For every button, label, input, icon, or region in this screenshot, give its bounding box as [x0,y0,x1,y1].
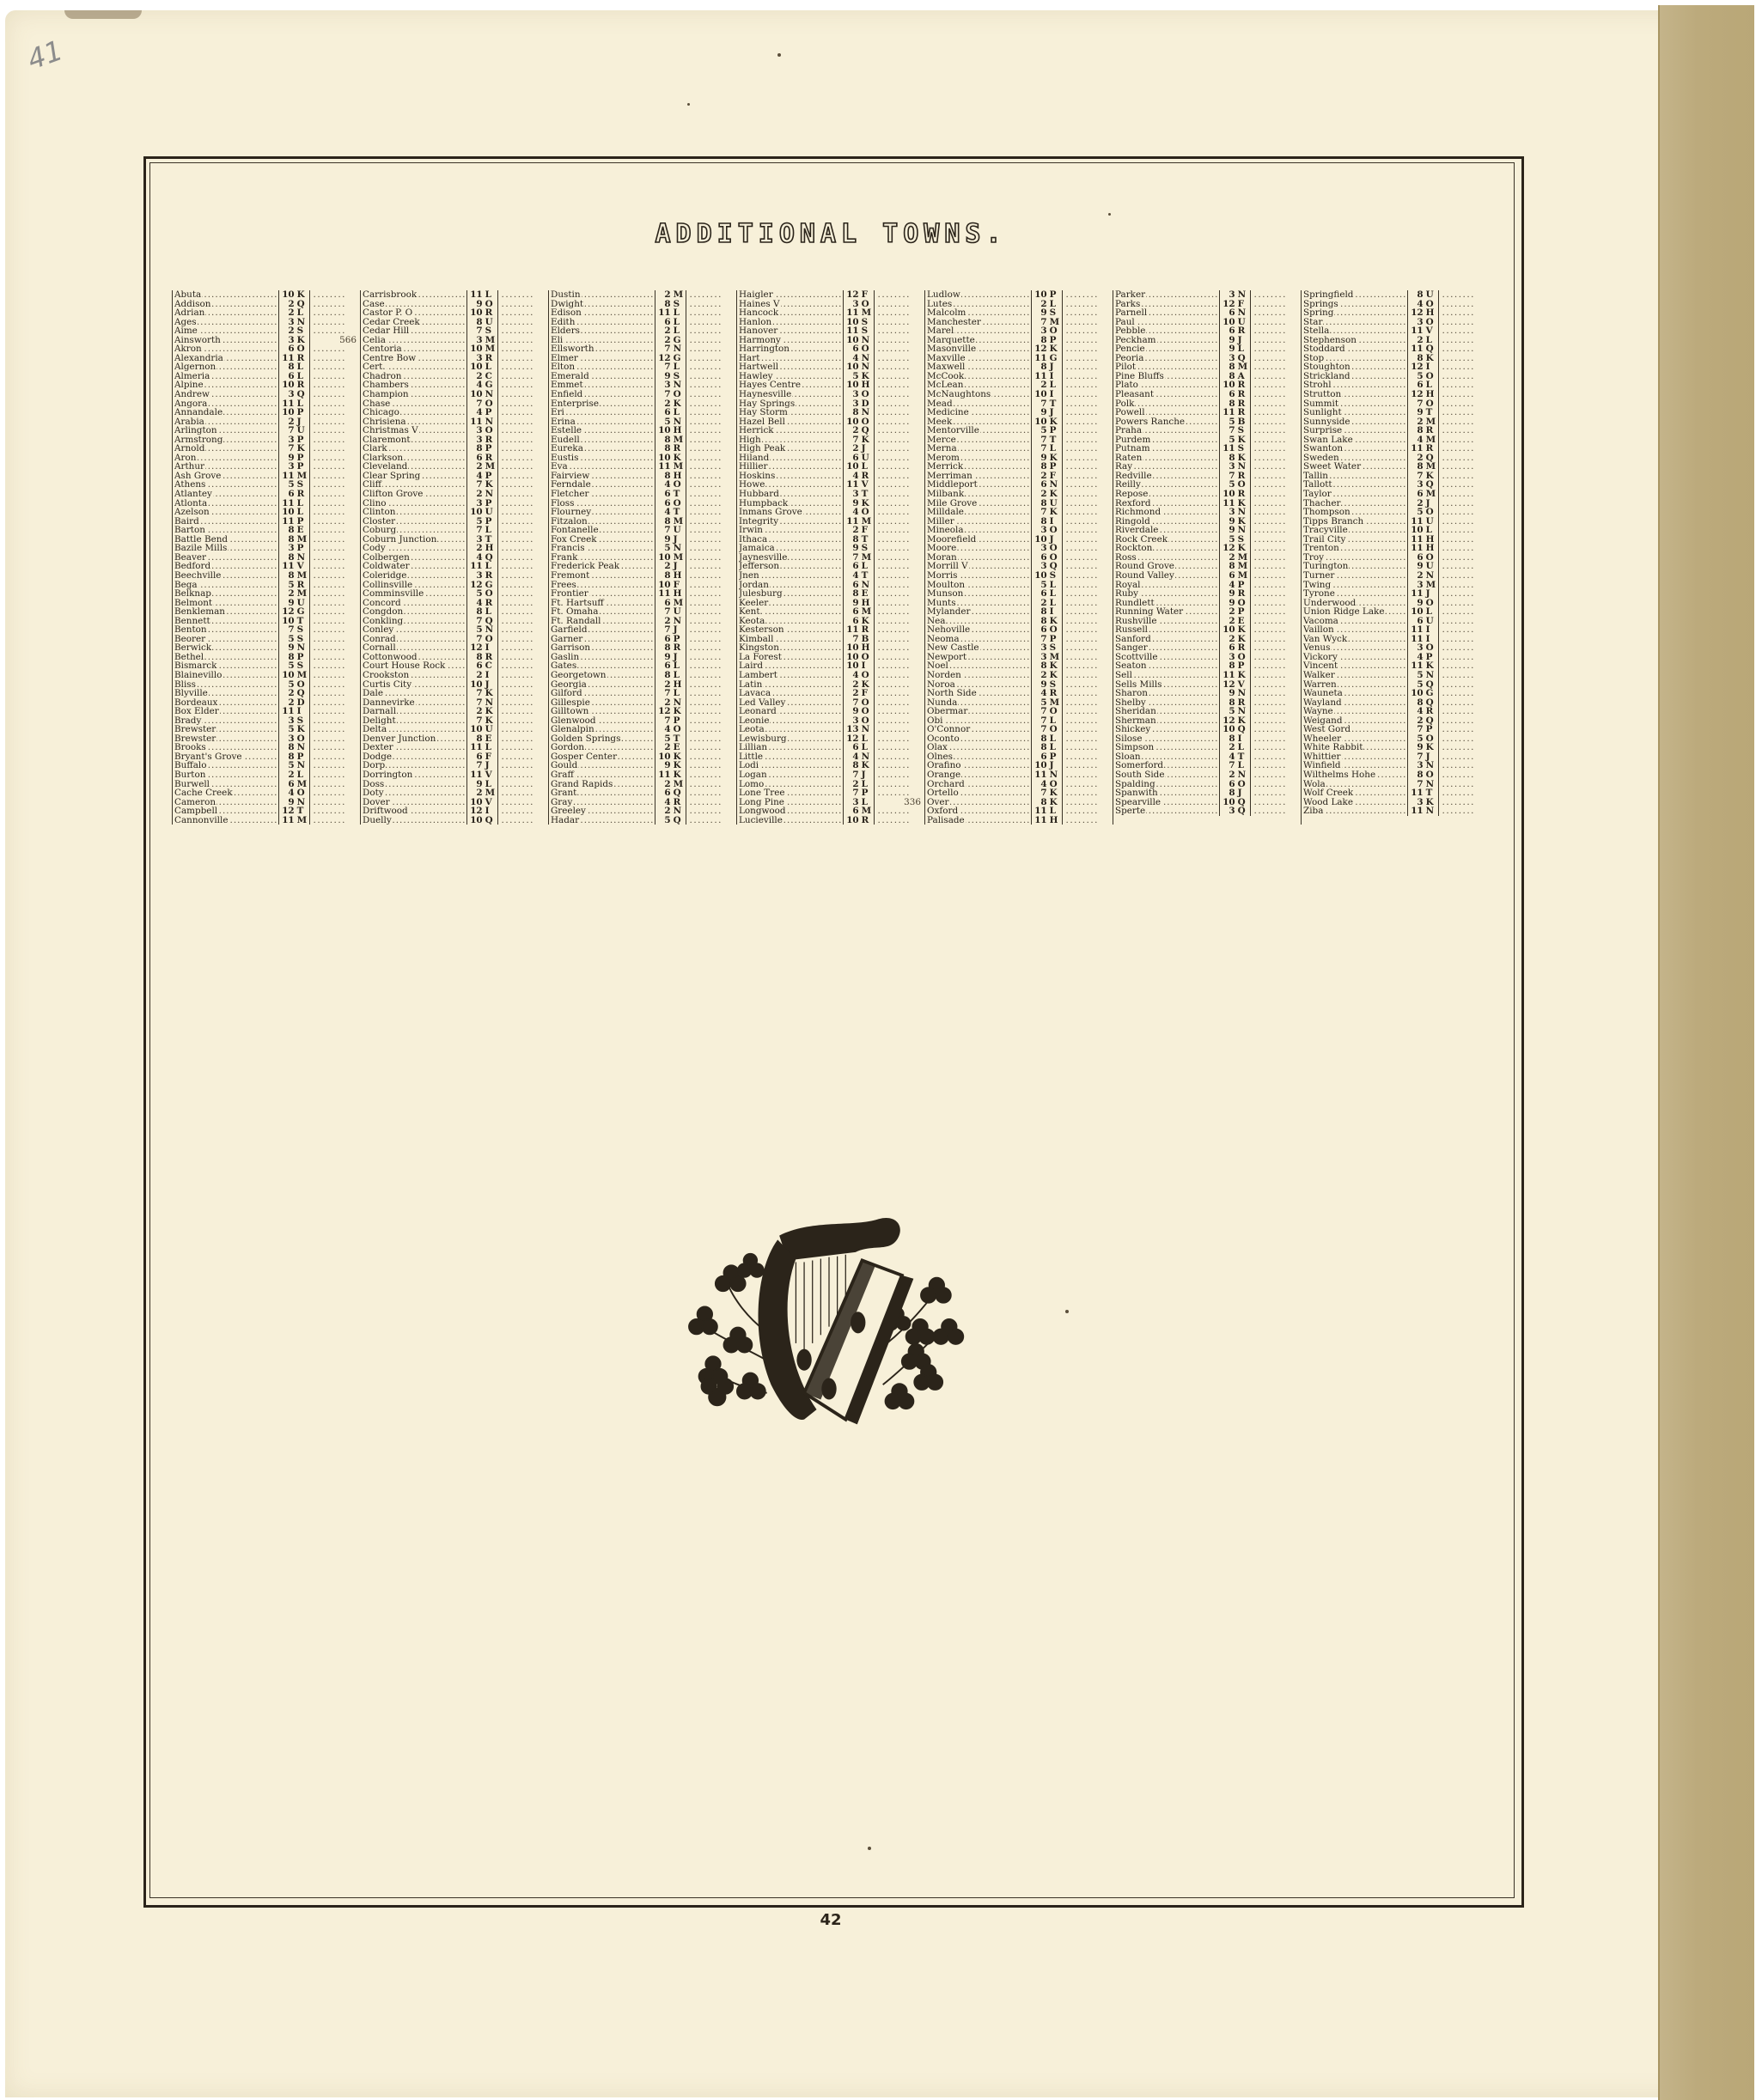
range-number: 3 [278,462,297,472]
population [1063,399,1113,409]
range-number: 9 [466,300,485,309]
range-number: 11 [1031,354,1050,363]
township-letter: T [674,490,686,499]
population [1439,734,1489,744]
township-letter: O [1050,553,1063,563]
township-letter: K [1050,617,1063,626]
town-entry: Gordon2E [551,743,736,752]
town-name: Merom [927,453,1031,463]
town-entry: Nunda5M [927,698,1113,708]
population [686,472,736,481]
town-entry: Conkling7Q [363,617,548,626]
township-letter: U [485,508,498,517]
town-name: Gould [551,761,655,770]
range-number: 8 [1219,734,1238,744]
town-entry: Sperte3Q [1115,807,1301,816]
population [310,308,360,318]
population [1439,399,1489,409]
town-entry: Pebble6R [1115,326,1301,336]
town-entry: Dorrington11V [363,770,548,780]
range-number: 3 [278,435,297,445]
population [1063,308,1113,318]
town-entry: Spearville10Q [1115,798,1301,807]
range-number: 6 [1219,643,1238,653]
population [1251,761,1301,770]
population [686,390,736,399]
population [1251,698,1301,708]
range-number: 7 [843,788,862,798]
township-letter: P [1238,581,1251,590]
town-name: Strickland [1303,372,1407,381]
town-entry: Keeler9H [739,599,924,608]
population [1439,300,1489,309]
town-name: Morrill V [927,562,1031,571]
town-entry: Lambert4O [739,671,924,680]
population [310,770,360,780]
town-name: Haigler [739,290,843,300]
population [1439,326,1489,336]
township-letter: U [1426,562,1439,571]
range-number: 7 [466,689,485,698]
town-name: Orchard [927,780,1031,789]
town-entry: Bazile Mills3P [174,544,360,553]
town-name: Seaton [1115,661,1219,671]
range-number: 2 [466,788,485,798]
range-number: 2 [655,562,674,571]
town-name: Maxwell [927,362,1031,372]
town-entry: McCook11I [927,372,1113,381]
range-number: 2 [1031,490,1050,499]
population [310,671,360,680]
range-number: 10 [278,290,297,300]
town-entry: Atlantey6R [174,490,360,499]
population [875,653,924,662]
town-name: Bismarck [174,661,278,671]
township-letter: J [1426,499,1439,508]
town-entry: Peoria3Q [1115,354,1301,363]
range-number: 2 [1219,770,1238,780]
township-letter: L [862,734,875,744]
range-number: 8 [1031,743,1050,752]
range-number: 12 [1031,344,1050,354]
range-number: 10 [1407,607,1426,617]
town-name: Atlonta [174,499,278,508]
township-letter: P [1050,752,1063,762]
range-number: 8 [655,671,674,680]
population [1063,444,1113,453]
township-letter: K [1238,671,1251,680]
township-letter: R [297,380,310,390]
town-entry: Van Wyck11I [1303,635,1489,644]
township-letter: K [1050,453,1063,463]
township-letter: Q [674,788,686,798]
range-number: 7 [655,526,674,535]
town-name: Gillespie [551,698,655,708]
range-number: 12 [278,607,297,617]
population [498,571,548,581]
township-letter: C [485,661,498,671]
town-name: Peckham [1115,336,1219,345]
population [1251,480,1301,490]
town-name: Stoughton [1303,362,1407,372]
town-entry: Hartwell10N [739,362,924,372]
town-entry: Sells Mills12V [1115,680,1301,690]
town-name: Aron [174,453,278,463]
township-letter: P [297,408,310,417]
township-letter: U [674,526,686,535]
township-letter: L [485,290,498,300]
town-entry: Cliff7K [363,480,548,490]
population [1439,635,1489,644]
range-number: 2 [1219,635,1238,644]
town-entry: Powell11R [1115,408,1301,417]
population [1439,526,1489,535]
population [310,716,360,726]
township-letter: M [862,308,875,318]
township-letter: L [485,526,498,535]
population [310,300,360,309]
population [875,408,924,417]
range-number: 2 [655,326,674,336]
town-name: Lutes [927,300,1031,309]
township-letter: O [862,716,875,726]
town-name: Alexandria [174,354,278,363]
population [686,444,736,453]
population [1251,444,1301,453]
range-number: 4 [466,553,485,563]
town-entry: Edith6L [551,318,736,327]
range-number: 12 [655,354,674,363]
township-letter: I [1238,734,1251,744]
township-letter: Q [862,426,875,435]
township-letter: L [1050,589,1063,599]
range-number: 10 [1031,535,1050,545]
range-number: 2 [843,526,862,535]
town-entry: Belmont9U [174,599,360,608]
town-name: Turington [1303,562,1407,571]
population [1251,689,1301,698]
town-name: Dwight [551,300,655,309]
town-name: Van Wyck [1303,635,1407,644]
township-letter: J [674,625,686,635]
town-entry: Olax8L [927,743,1113,752]
town-entry: Warren5Q [1303,680,1489,690]
town-entry: Eri6L [551,408,736,417]
township-letter: S [862,318,875,327]
range-number: 10 [466,816,485,825]
town-entry: Gould9K [551,761,736,770]
town-name: Eli [551,336,655,345]
town-entry: Elders2L [551,326,736,336]
population [1439,589,1489,599]
town-name: Tallott [1303,480,1407,490]
population [686,399,736,409]
population [498,653,548,662]
town-entry: Manchester7M [927,318,1113,327]
township-letter: U [1426,617,1439,626]
town-name: Running Water [1115,607,1219,617]
town-entry: Ithaca8T [739,535,924,545]
town-entry: Vincent11K [1303,661,1489,671]
town-name: Moran [927,553,1031,563]
township-letter: H [1426,544,1439,553]
township-letter: J [674,562,686,571]
town-entry: Hoskins4R [739,472,924,481]
township-letter: Q [674,816,686,825]
town-name: Colbergen [363,553,466,563]
town-entry: Turington9U [1303,562,1489,571]
range-number: 8 [1031,734,1050,744]
town-entry: Court House Rock6C [363,661,548,671]
town-name: Dale [363,689,466,698]
town-name: Castor P. O [363,308,466,318]
town-entry: Berwick9N [174,643,360,653]
town-entry: Doty2M [363,788,548,798]
town-entry: Centoria10M [363,344,548,354]
range-number: 2 [843,780,862,789]
town-name: Wola [1303,780,1407,789]
range-number: 8 [1031,362,1050,372]
range-number: 10 [1031,390,1050,399]
township-letter: O [1050,780,1063,789]
town-name: Haines V [739,300,843,309]
township-letter: K [1050,788,1063,798]
range-number: 8 [655,435,674,445]
township-letter: K [1238,435,1251,445]
town-name: Ringold [1115,517,1219,527]
town-entry: Congdon8L [363,607,548,617]
town-name: Pine Bluffs [1115,372,1219,381]
population [1251,499,1301,508]
population [1063,408,1113,417]
township-letter: N [485,625,498,635]
range-number: 6 [1219,780,1238,789]
township-letter: Q [485,617,498,626]
town-name: Edith [551,318,655,327]
population [875,671,924,680]
population [1063,698,1113,708]
range-number: 7 [466,326,485,336]
town-name: Integrity [739,517,843,527]
town-name: Barton [174,526,278,535]
town-entry: Fletcher6T [551,490,736,499]
population [1063,553,1113,563]
town-name: Masonville [927,344,1031,354]
range-number: 2 [278,300,297,309]
town-name: Berwick [174,643,278,653]
township-letter: V [862,480,875,490]
town-name: Hanlon [739,318,843,327]
town-name: Jnen [739,571,843,581]
town-entry: Estelle10H [551,426,736,435]
town-entry: Conley5N [363,625,548,635]
township-letter: M [297,671,310,680]
township-letter: O [862,508,875,517]
town-entry: Haines V3O [739,300,924,309]
township-letter: P [297,653,310,662]
township-letter: Q [297,689,310,698]
township-letter: L [1426,607,1439,617]
township-letter: U [1050,499,1063,508]
population [686,581,736,590]
town-entry: Wola7N [1303,780,1489,789]
town-name: Sheridan [1115,707,1219,716]
township-letter: N [1426,571,1439,581]
town-entry: Polk8R [1115,399,1301,409]
range-number: 10 [655,553,674,563]
town-name: White Rabbit [1303,743,1407,752]
township-letter: H [674,589,686,599]
town-entry: Springs4O [1303,300,1489,309]
population [1251,553,1301,563]
range-number: 10 [1219,490,1238,499]
town-entry: Chicago4P [363,408,548,417]
range-number: 7 [466,761,485,770]
index-column: Carrisbrook11LCase9OCastor P. O10RCedar … [360,290,548,825]
township-letter: M [297,571,310,581]
population [1063,635,1113,644]
town-entry: Frees10F [551,581,736,590]
range-number: 11 [1031,372,1050,381]
range-number: 8 [278,743,297,752]
population [1439,354,1489,363]
town-name: Dover [363,798,466,807]
town-entry: Little4N [739,752,924,762]
population [1063,390,1113,399]
range-number: 8 [1219,399,1238,409]
population [1251,472,1301,481]
range-number: 10 [1219,625,1238,635]
township-letter: F [862,526,875,535]
township-letter: L [1050,380,1063,390]
population [1251,599,1301,608]
population [1063,661,1113,671]
population [1439,480,1489,490]
town-name: Aime [174,326,278,336]
range-number: 10 [466,725,485,734]
population [686,661,736,671]
town-name: Gosper Center [551,752,655,762]
paper-speck [868,1847,871,1850]
town-entry: Olnes6P [927,752,1113,762]
town-entry: Stoddard11Q [1303,344,1489,354]
town-name: Benkleman [174,607,278,617]
population [498,562,548,571]
population [1063,581,1113,590]
population: 566 [310,336,360,345]
range-number: 10 [466,508,485,517]
population [310,653,360,662]
town-entry: Merriman2F [927,472,1113,481]
township-letter: K [674,761,686,770]
town-name: Marel [927,326,1031,336]
range-number: 4 [843,671,862,680]
town-name: Strohl [1303,380,1407,390]
population [1063,499,1113,508]
population [310,780,360,789]
town-name: Dustin [551,290,655,300]
range-number: 3 [466,535,485,545]
population [686,761,736,770]
town-entry: Edison11L [551,308,736,318]
township-letter: M [1426,435,1439,445]
town-entry: Nehoville6O [927,625,1113,635]
township-letter: M [862,807,875,816]
town-entry: Baird11P [174,517,360,527]
population: 336 [875,798,924,807]
range-number: 2 [1031,671,1050,680]
population [686,553,736,563]
town-entry: Eudell8M [551,435,736,445]
page-title: ADDITIONAL TOWNS. [0,219,1661,249]
town-entry: Dover10V [363,798,548,807]
range-number: 10 [843,661,862,671]
township-letter: N [862,581,875,590]
range-number: 7 [655,344,674,354]
population [498,743,548,752]
township-letter: R [862,625,875,635]
town-entry: Hart4N [739,354,924,363]
township-letter: L [297,770,310,780]
town-name: Brady [174,716,278,726]
range-number: 2 [466,544,485,553]
township-letter: D [297,698,310,708]
township-letter: S [862,544,875,553]
population [1251,653,1301,662]
range-number: 2 [1031,300,1050,309]
township-letter: N [297,798,310,807]
township-letter: H [1426,390,1439,399]
population [498,807,548,816]
town-name: Harmony [739,336,843,345]
town-name: Paul [1115,318,1219,327]
population [1251,508,1301,517]
population [1251,589,1301,599]
range-number: 3 [843,300,862,309]
town-entry: Tallin7K [1303,472,1489,481]
town-name: Hadar [551,816,655,825]
town-name: Greeley [551,807,655,816]
range-number: 3 [1407,798,1426,807]
population [1439,725,1489,734]
town-name: Chadron [363,372,466,381]
town-entry: Powers Ranche5B [1115,417,1301,427]
town-entry: Brewster5K [174,725,360,734]
town-name: Dorp [363,761,466,770]
town-entry: Stop8K [1303,354,1489,363]
range-number: 9 [466,780,485,789]
town-entry: Weigand2Q [1303,716,1489,726]
range-number: 11 [1407,444,1426,453]
town-name: Munts [927,599,1031,608]
population [875,344,924,354]
range-number: 6 [655,635,674,644]
population [1251,680,1301,690]
town-entry: Barton8E [174,526,360,535]
township-letter: N [1238,689,1251,698]
town-name: Baird [174,517,278,527]
township-letter: M [297,535,310,545]
population [1439,798,1489,807]
population [686,308,736,318]
range-number: 4 [843,354,862,363]
population [498,581,548,590]
town-entry: Delta10U [363,725,548,734]
range-number: 8 [843,589,862,599]
range-number: 8 [655,517,674,527]
township-letter: T [674,734,686,744]
town-name: Driftwood [363,807,466,816]
